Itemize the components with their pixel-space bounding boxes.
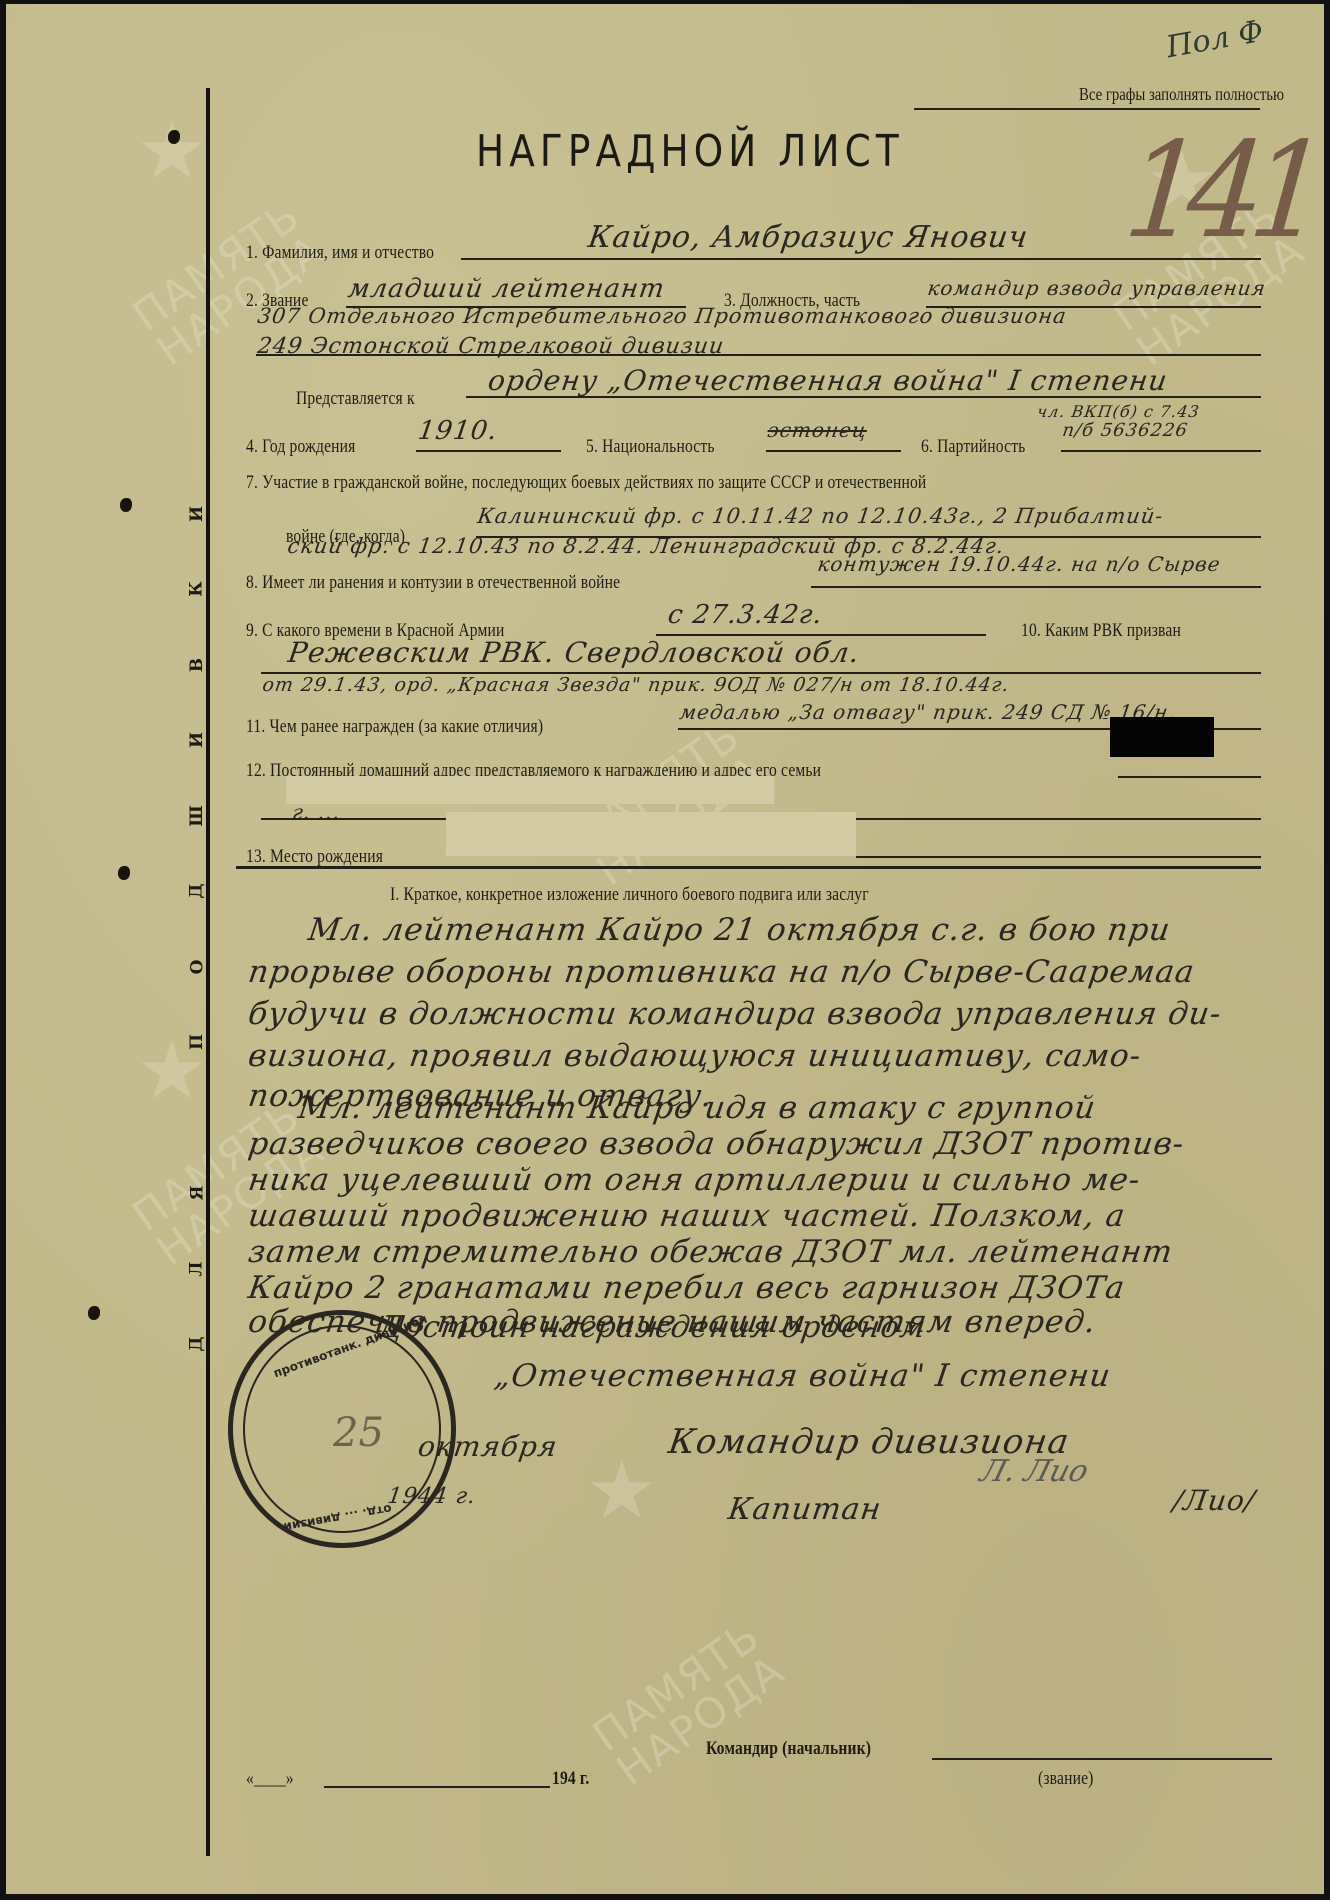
section-divider (236, 866, 1261, 869)
body-line: Мл. лейтенант Кайро 21 октября с.г. в бо… (306, 912, 1173, 948)
field-6-label: 6. Партийность (921, 436, 1025, 458)
corner-annotation: Пол Ф (1164, 14, 1266, 65)
signer-rank: Капитан (726, 1492, 884, 1527)
field-7-label: 7. Участие в гражданской войне, последую… (246, 472, 926, 494)
body-line: затем стремительно обежав ДЗОТ мл. лейте… (246, 1234, 1175, 1270)
header-instruction: Все графы заполнять полностью (1079, 84, 1284, 105)
field-5-value: эстонец (766, 418, 869, 442)
footer-date-line (324, 1786, 550, 1788)
body-line: разведчиков своего взвода обнаружил ДЗОТ… (246, 1126, 1187, 1162)
field-8-label: 8. Имеет ли ранения и контузии в отечест… (246, 572, 620, 594)
commander-label: Командир (начальник) (706, 1738, 871, 1760)
body-line: шавший продвижению наших частей. Ползком… (246, 1198, 1128, 1234)
pencil-annotation: 141 (1119, 115, 1321, 268)
redaction-block (446, 812, 856, 856)
page-title: НАГРАДНОЙ ЛИСТ (476, 126, 904, 177)
section-heading: I. Краткое, конкретное изложение личного… (390, 884, 869, 906)
field-3-value-1: командир взвода управления (926, 276, 1268, 300)
field-4-label: 4. Год рождения (246, 436, 355, 458)
conclusion-line-1: Достоин награждения орденом (376, 1310, 928, 1345)
field-11-prior: от 29.1.43, орд. „Красная Звезда" прик. … (261, 674, 1011, 696)
header-underline (914, 108, 1260, 110)
commander-line (932, 1758, 1272, 1760)
field-10-value: Режевским РВК. Свердловской обл. (286, 636, 862, 669)
body-line: прорыве обороны противника на п/о Сырве-… (246, 954, 1197, 990)
body-line: ника уцелевший от огня артиллерии и силь… (246, 1162, 1143, 1198)
field-11-value: медалью „За отвагу" прик. 249 СД № 16/н. (678, 700, 1178, 724)
signature: Л. Лио (976, 1454, 1092, 1489)
field-13-line (856, 856, 1261, 858)
body-line: визиона, проявил выдающуюся инициативу, … (246, 1038, 1144, 1074)
award-sheet: ★ ПАМЯТЬНАРОДА ★ ПАМЯТЬНАРОДА ПАМЯТЬНАРО… (6, 4, 1324, 1894)
footer-date-year: 194 г. (552, 1768, 589, 1790)
field-8-line (811, 586, 1261, 588)
nominated-line (466, 396, 1261, 398)
field-5-line (766, 450, 901, 452)
field-3-line-2 (256, 354, 1261, 356)
field-6-line (1061, 450, 1261, 452)
nominated-label: Представляется к (296, 388, 415, 410)
conclusion-line-2: „Отечественная война" I степени (492, 1358, 1113, 1394)
watermark-star-icon: ★ (586, 1444, 658, 1537)
field-1-value: Кайро, Амбразиус Янович (586, 220, 1031, 255)
redaction-block (286, 776, 774, 804)
field-1-label: 1. Фамилия, имя и отчество (246, 242, 434, 264)
field-2-value: младший лейтенант (346, 274, 667, 304)
body-line: Кайро 2 гранатами перебил весь гарнизон … (246, 1270, 1128, 1306)
binding-caption: ДЛЯ ПОДШИВКИ (182, 504, 212, 1354)
redaction-block (1110, 717, 1214, 757)
rank-caption: (звание) (1038, 1768, 1094, 1790)
watermark-star-icon: ★ (136, 104, 208, 197)
punch-hole (120, 498, 132, 512)
field-9-value: с 27.3.42г. (666, 600, 825, 630)
date-year: 1944 г. (386, 1484, 478, 1509)
official-stamp: противотанк. дивизион отд. ... дивизии 2… (228, 1310, 456, 1548)
signer-name: /Лио/ (1171, 1484, 1258, 1517)
watermark: ПАМЯТЬНАРОДА (586, 1614, 792, 1793)
body-line: будучи в должности командира взвода упра… (246, 996, 1224, 1032)
party-note: чл. ВКП(б) с 7.43 (1036, 402, 1201, 421)
date-month: октября (416, 1430, 560, 1463)
field-10-label: 10. Каким РВК призван (1021, 620, 1181, 642)
body-line: Мл. лейтенант Кайро идя в атаку с группо… (296, 1090, 1098, 1126)
field-12-line (1118, 776, 1261, 778)
field-13-label: 13. Место рождения (246, 846, 383, 868)
punch-hole (118, 866, 130, 880)
field-7-value-1: Калининский фр. с 10.11.42 по 12.10.43г.… (476, 504, 1165, 528)
footer-date-prefix: «____» (246, 1768, 294, 1790)
field-1-line (461, 258, 1261, 260)
punch-hole (168, 130, 180, 144)
field-8-value: контужен 19.10.44г. на п/о Сырве (816, 552, 1222, 576)
field-3-value-2: 307 Отдельного Истребительного Противота… (256, 304, 1068, 328)
field-6-value: п/б 5636226 (1061, 420, 1189, 441)
field-11-label: 11. Чем ранее награжден (за какие отличи… (246, 716, 543, 738)
punch-hole (88, 1306, 100, 1320)
field-4-line (416, 450, 561, 452)
nominated-value: ордену „Отечественная война" I степени (486, 364, 1170, 397)
field-5-label: 5. Национальность (586, 436, 715, 458)
field-4-value: 1910. (416, 416, 500, 446)
